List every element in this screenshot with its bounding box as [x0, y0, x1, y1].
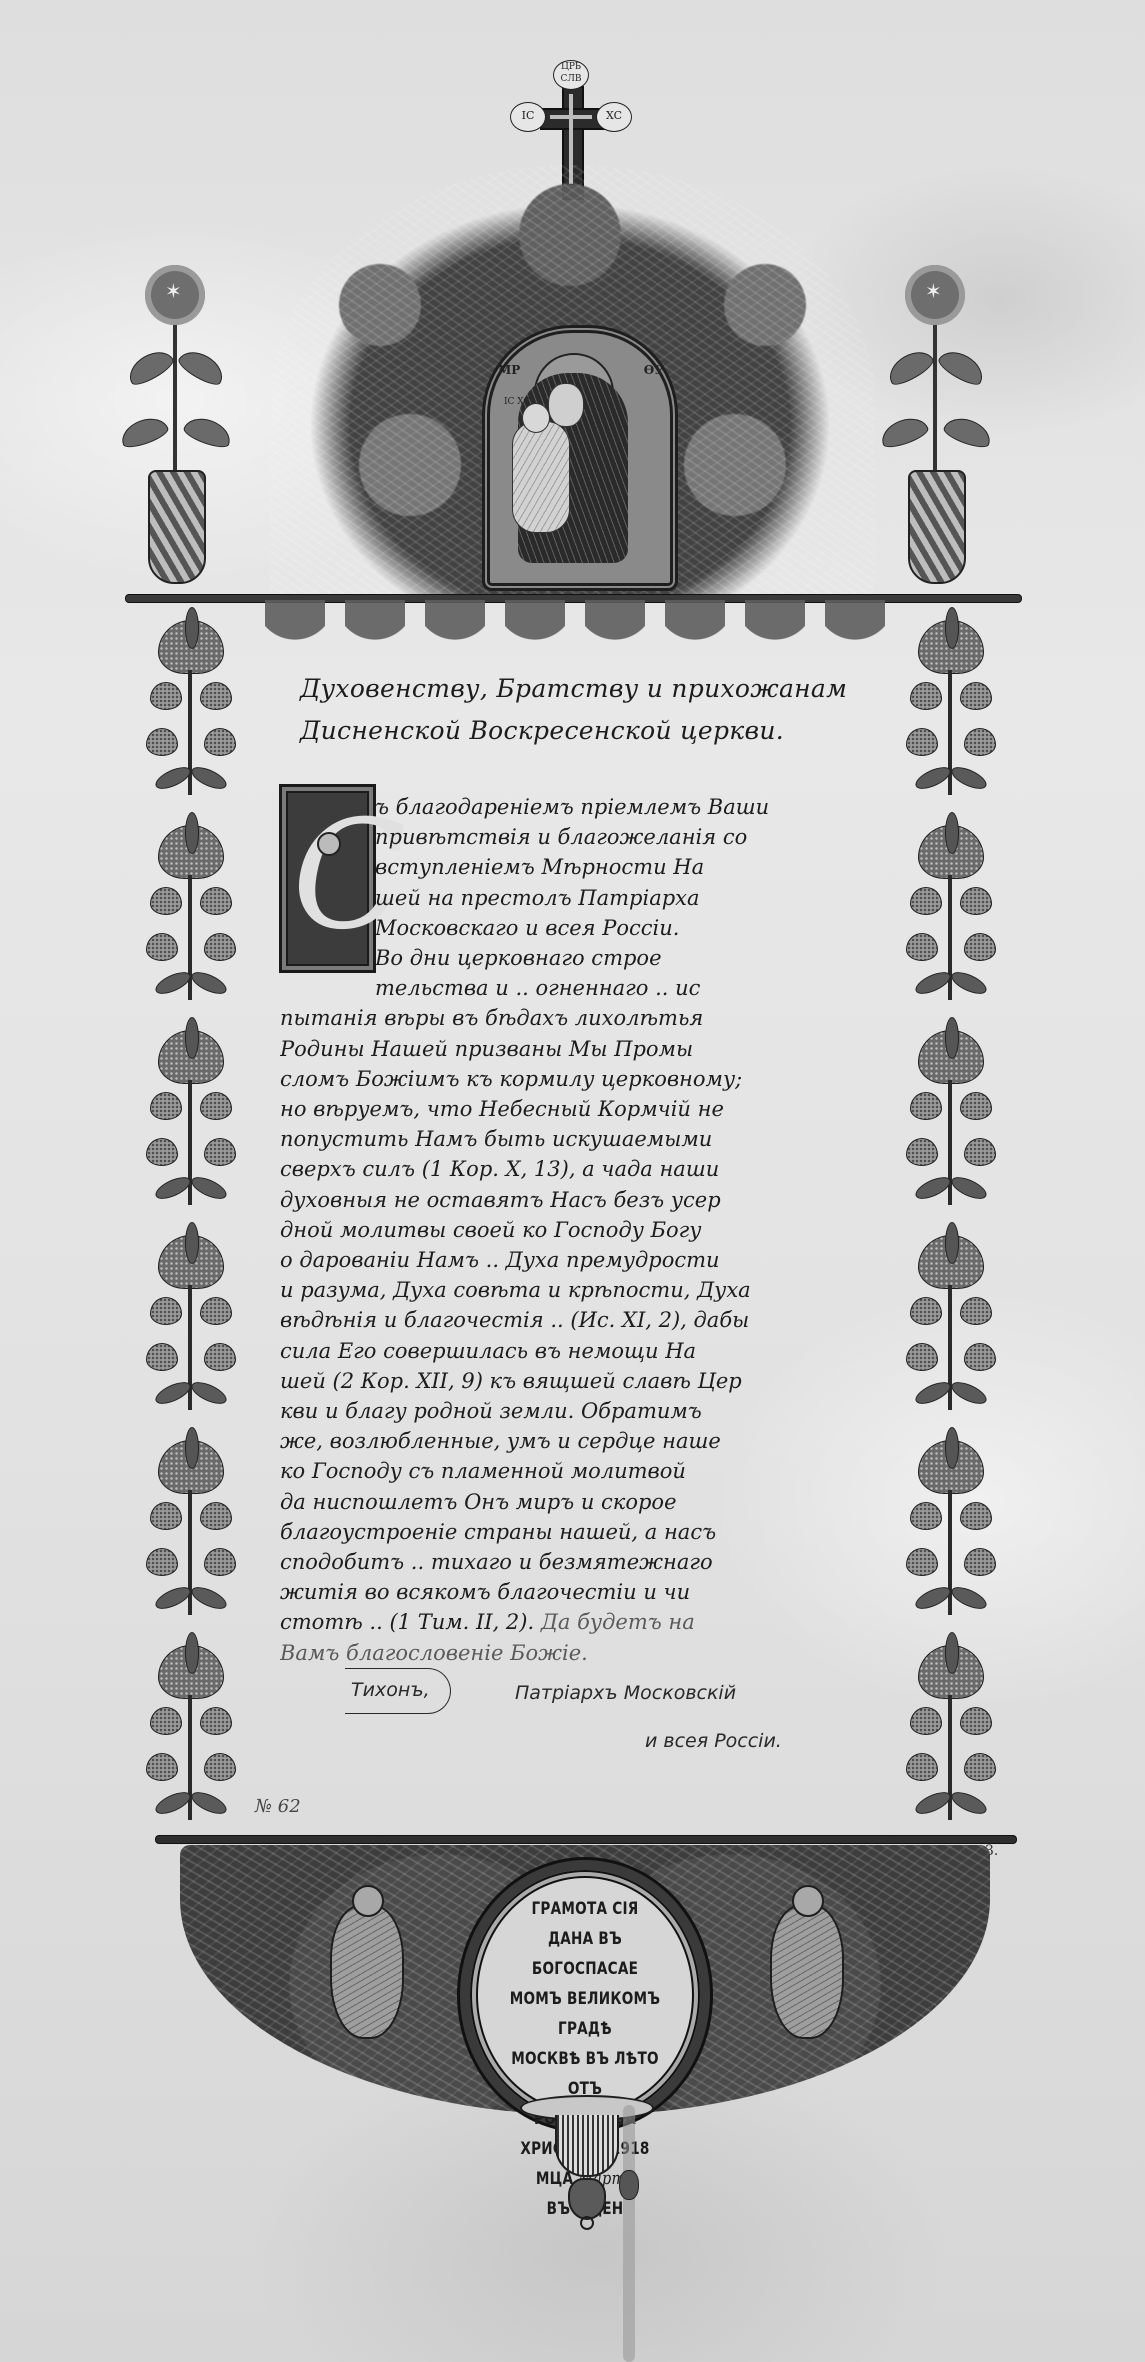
body-line: о дарованіи Намъ .. Духа премудрости: [280, 1245, 880, 1275]
body-line: духовныя не оставятъ Насъ безъ усер: [280, 1185, 880, 1215]
body-line: шей на престолъ Патріарха: [280, 883, 880, 913]
body-line: но вѣруемъ, что Небесный Кормчій не: [280, 1094, 880, 1124]
valance-drape: [255, 600, 895, 660]
body-line: же, возлюбленные, умъ и сердце наше: [280, 1426, 880, 1456]
medallion-line: ГРАМОТА СІЯ: [501, 1894, 669, 1924]
cross-left-inscription: IC: [510, 102, 546, 132]
signature-name: Тихонъ,: [345, 1668, 451, 1714]
body-line: благоустроеніе страны нашей, а насъ: [280, 1517, 880, 1547]
leaf-icon: [883, 345, 937, 390]
day-prefix: ВЪ: [547, 2199, 571, 2219]
body-line: ъ благодареніемъ пріемлемъ Ваши: [280, 792, 880, 822]
body-line: сподобитъ .. тихаго и безмятежнаго: [280, 1547, 880, 1577]
signature-title-line-1: Патріархъ Московскій: [515, 1682, 736, 1704]
flower-icon: [140, 1020, 240, 1225]
flower-icon: [140, 610, 240, 815]
letter-address: Духовенству, Братству и прихожанам Дисне…: [300, 668, 890, 752]
cross-top-inscription: ЦРЬ СЛВ: [553, 60, 589, 90]
flower-icon: [145, 265, 205, 325]
leaf-icon: [181, 413, 234, 452]
flower-icon: [900, 1020, 1000, 1225]
flower-icon: [140, 1635, 240, 1840]
body-line: сверхъ силъ (1 Кор. X, 13), а чада наши: [280, 1154, 880, 1184]
right-floral-border: [900, 610, 1000, 1840]
flower-icon: [900, 1635, 1000, 1840]
body-line: шей (2 Кор. XII, 9) къ вящшей славѣ Цер: [280, 1366, 880, 1396]
leaf-icon: [175, 345, 229, 390]
flower-icon: [140, 815, 240, 1020]
closing-blessing-start: Да будетъ на: [541, 1610, 695, 1634]
right-vase-ornament: [880, 245, 990, 595]
address-line-1: Духовенству, Братству и прихожанам: [300, 668, 890, 710]
body-line: Московскаго и всея Россіи.: [280, 913, 880, 943]
date-medallion: ГРАМОТА СІЯ ДАНА ВЪ БОГОСПАСАЕ МОМЪ ВЕЛИ…: [460, 1860, 710, 2130]
leaf-icon: [123, 345, 177, 390]
medallion-line: ДАНА ВЪ БОГОСПАСАЕ: [501, 1924, 669, 1984]
body-line: привѣтствія и благожеланія со: [280, 822, 880, 852]
body-line: и разума, Духа совѣта и крѣпости, Духа: [280, 1275, 880, 1305]
icon-label-child: IC XC: [504, 397, 530, 407]
address-line-2: Дисненской Воскресенской церкви.: [300, 710, 890, 752]
flower-icon: [900, 610, 1000, 815]
icon-label-right: ѲУ: [644, 363, 664, 377]
body-line: кви и благу родной земли. Обратимъ: [280, 1396, 880, 1426]
flower-icon: [905, 265, 965, 325]
pendant-ring: [580, 2216, 594, 2230]
body-line: сила Его совершилась въ немощи На: [280, 1336, 880, 1366]
vase-icon: [148, 470, 206, 584]
virgin-face: [548, 383, 584, 427]
child-face: [522, 403, 550, 433]
body-line: сломъ Божіимъ къ кормилу церковному;: [280, 1064, 880, 1094]
leaf-icon: [117, 413, 170, 452]
marginal-number: № 62: [255, 1796, 301, 1817]
flower-icon: [900, 1225, 1000, 1430]
left-floral-border: [140, 610, 240, 1840]
seal-knot: [619, 2170, 639, 2200]
pendant-bulb: [568, 2178, 606, 2220]
flower-icon: [900, 1430, 1000, 1635]
body-line: дной молитвы своей ко Господу Богу: [280, 1215, 880, 1245]
body-line: да ниспошлетъ Онъ миръ и скорое: [280, 1487, 880, 1517]
child-figure: [512, 421, 570, 533]
cross-right-inscription: XC: [596, 102, 632, 132]
body-line: тельства и .. огненнаго .. ис: [280, 973, 880, 1003]
signature-title-line-2: и всея Россіи.: [645, 1730, 782, 1752]
pendant-icon: [555, 2115, 619, 2177]
bottom-rod: [155, 1835, 1017, 1844]
body-line: Во дни церковнаго строе: [280, 943, 880, 973]
body-line: стотѣ .. (1 Тим. II, 2). Да будетъ на: [280, 1607, 880, 1637]
seal-cord: [623, 2105, 635, 2362]
flower-icon: [140, 1430, 240, 1635]
body-line: Родины Нашей призваны Мы Промы: [280, 1034, 880, 1064]
bird-icon: [770, 1905, 844, 2039]
body-line: житія во всякомъ благочестіи и чи: [280, 1577, 880, 1607]
leaf-icon: [935, 345, 989, 390]
body-line: вступленіемъ Мѣрности На: [280, 852, 880, 882]
theotokos-icon: МР ѲУ IC XC: [482, 325, 678, 591]
medallion-line: МОМЪ ВЕЛИКОМЪ ГРАДѢ: [501, 1984, 669, 2044]
closing-blessing: Вамъ благословеніе Божіе.: [280, 1638, 880, 1668]
body-line: вѣдѣнія и благочестія .. (Ис. XI, 2), да…: [280, 1305, 880, 1335]
letter-body: ъ благодареніемъ пріемлемъ Ваши привѣтст…: [280, 792, 880, 1668]
body-line: пытанія вѣры въ бѣдахъ лихолѣтья: [280, 1003, 880, 1033]
charter-sheet: ЦРЬ СЛВ IC XC МР ѲУ IC XC: [0, 0, 1145, 2362]
icon-label-left: МР: [498, 363, 520, 377]
body-line: ко Господу съ пламенной молитвой: [280, 1456, 880, 1486]
flower-icon: [140, 1225, 240, 1430]
vase-icon: [908, 470, 966, 584]
bird-icon: [330, 1905, 404, 2039]
body-line: попустить Намъ быть искушаемыми: [280, 1124, 880, 1154]
flower-icon: [900, 815, 1000, 1020]
left-vase-ornament: [120, 245, 230, 595]
leaf-icon: [941, 413, 994, 452]
leaf-icon: [877, 413, 930, 452]
